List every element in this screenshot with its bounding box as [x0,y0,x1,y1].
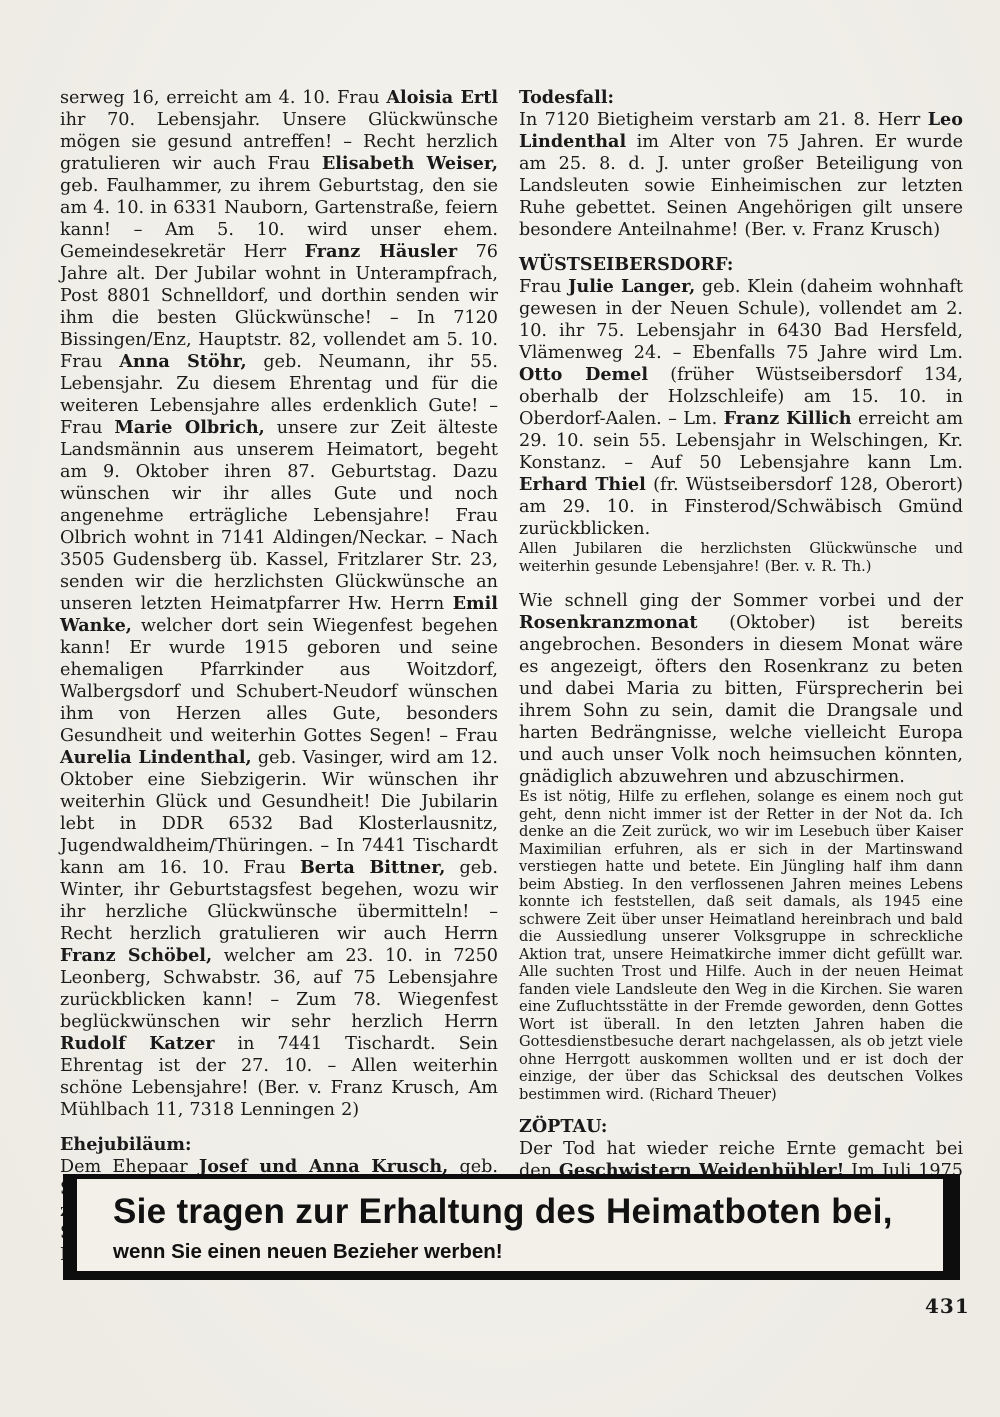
right-text-column: Todesfall:In 7120 Bietigheim verstarb am… [519,87,963,1204]
bold-name: Marie Olbrich, [114,417,264,438]
bold-name: Franz Killich [724,408,852,429]
bold-name: Rudolf Katzer [60,1033,215,1054]
body-text: serweg 16, erreicht am 4. 10. Frau [60,88,386,108]
promo-banner: Sie tragen zur Erhaltung des Heimatboten… [63,1174,960,1280]
newspaper-page: serweg 16, erreicht am 4. 10. Frau Alois… [0,0,1000,1417]
small-paragraph: Allen Jubilaren die herzlichsten Glückwü… [519,540,963,575]
body-text: Wie schnell ging der Sommer vorbei und d… [519,591,963,611]
left-text-column: serweg 16, erreicht am 4. 10. Frau Alois… [60,87,498,1266]
section-heading: ZÖPTAU: [519,1116,963,1138]
bold-name: Franz Häusler [305,241,458,262]
bold-name: Aloisia Ertl [386,87,498,108]
body-text: Frau [519,277,568,297]
paragraph: Wie schnell ging der Sommer vorbei und d… [519,590,963,788]
banner-subline: wenn Sie einen neuen Bezieher werben! [113,1240,943,1264]
body-text: unsere zur Zeit älteste Landsmännin aus … [60,418,498,614]
bold-name: Rosenkranzmonat [519,612,698,633]
paragraph: serweg 16, erreicht am 4. 10. Frau Alois… [60,87,498,1121]
bold-name: Julie Langer, [568,276,695,297]
bold-name: Aurelia Lindenthal, [60,747,252,768]
body-text: Es ist nötig, Hilfe zu erflehen, solange… [519,788,963,1103]
small-paragraph: Es ist nötig, Hilfe zu erflehen, solange… [519,788,963,1103]
bold-name: Erhard Thiel [519,474,646,495]
bold-name: Elisabeth Weiser, [322,153,498,174]
body-text: Allen Jubilaren die herzlichsten Glückwü… [519,540,963,575]
section-heading: Todesfall: [519,87,963,109]
paragraph: Frau Julie Langer, geb. Klein (daheim wo… [519,276,963,540]
section-heading: Ehejubiläum: [60,1134,498,1156]
bold-name: Otto Demel [519,364,648,385]
bold-name: Berta Bittner, [300,857,445,878]
section-heading: WÜSTSEIBERSDORF: [519,254,963,276]
body-text: (Oktober) ist bereits angebrochen. Beson… [519,613,963,787]
bold-name: Franz Schöbel, [60,945,212,966]
body-text: In 7120 Bietigheim verstarb am 21. 8. He… [519,110,928,130]
bold-name: Anna Stöhr, [119,351,246,372]
banner-headline: Sie tragen zur Erhaltung des Heimatboten… [113,1192,943,1232]
paragraph: In 7120 Bietigheim verstarb am 21. 8. He… [519,109,963,241]
page-number: 431 [925,1294,970,1318]
